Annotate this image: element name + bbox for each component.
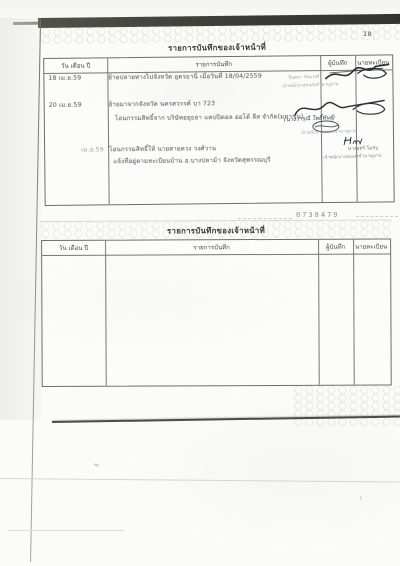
- table2-header-date: วัน เดือน ปี: [42, 241, 105, 255]
- scan-speck: [94, 463, 99, 466]
- row2-date: 20 เม.ย.59: [49, 100, 82, 110]
- row2-entry: ย้ายมาจากจังหวัด นครสวรรค์ บา 723: [109, 98, 216, 109]
- table1-header-entry: รายการบันทึก: [107, 56, 320, 72]
- fold-line-1: [0, 478, 400, 483]
- table2-header-recorder: ผู้บันทึก: [318, 240, 353, 254]
- table2-header-registrar: นายทะเบียน: [353, 239, 389, 253]
- row1-entry: ย้ายปลายทางไปจังหวัด อุดรธานี เมื่อวันที…: [108, 71, 262, 83]
- row2-entry-line2: โอนกรรมสิทธิ์จาก บริษัทอยุธยา แคปปิตอล อ…: [115, 111, 304, 123]
- table2-column-divider: [318, 240, 320, 385]
- serial-number: 0738479: [296, 211, 340, 219]
- table2-column-divider: [105, 241, 107, 386]
- table2-grid: วัน เดือน ปี รายการบันทึก ผู้บันทึก นายท…: [41, 238, 392, 387]
- officer-record-table-1: รายการบันทึกของเจ้าหน้าที่ วัน เดือน ปี …: [42, 38, 394, 205]
- table1-title: รายการบันทึกของเจ้าหน้าที่: [42, 40, 392, 56]
- guilloche-bottom-right: [293, 386, 400, 426]
- scanned-document-page: 18 รายการบันทึกของเจ้าหน้าที่ วัน เดือน …: [0, 0, 400, 566]
- table2-title: รายการบันทึกของเจ้าหน้าที่: [40, 224, 392, 238]
- officer-record-table-2: รายการบันทึกของเจ้าหน้าที่ วัน เดือน ปี …: [40, 219, 393, 388]
- page-number: 18: [363, 30, 372, 38]
- row1-registrar-signature: [323, 56, 391, 87]
- fold-line-2: [8, 530, 124, 531]
- row3-date: เม.ย.59: [81, 144, 104, 154]
- row1-recorder-stamp-name: จินตนา รัตนวงศ์: [288, 73, 319, 81]
- table1-header-date: วัน เดือน ปี: [44, 58, 107, 73]
- serial-dashed-line-right: [356, 216, 398, 217]
- scan-speck: [360, 494, 367, 499]
- row1-date: 18 เม.ย.59: [48, 73, 81, 83]
- table2-header-entry: รายการบันทึก: [105, 240, 318, 255]
- row3-entry-line2: แจ้งที่อยู่ตามทะเบียนบ้าน อ.บางปลาม้า จั…: [113, 155, 270, 167]
- row3-registrar-stamp-name: นางสุธรี โตกับ: [335, 144, 391, 153]
- serial-dashed-line-left: [238, 218, 292, 219]
- row3-entry: โอนกรรมสิทธิ์ให้ นายสายตวง วงศ์วาน: [109, 143, 216, 154]
- table2-column-divider: [353, 240, 355, 385]
